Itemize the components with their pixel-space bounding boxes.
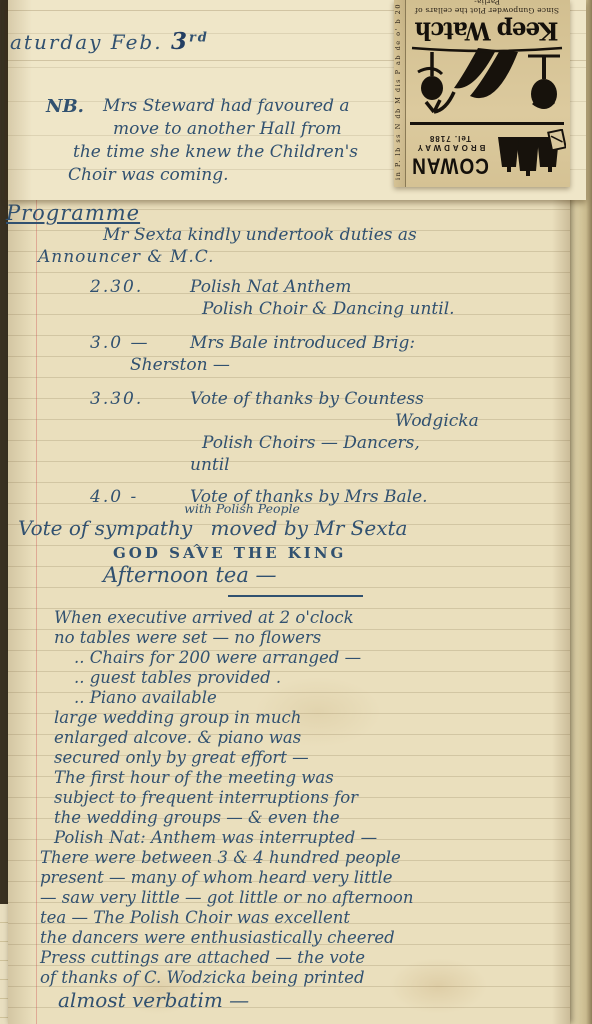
schedule-time: 4.0 - [90, 486, 190, 508]
clipping-advert: COWAN BROADWAY Tel. 7188 [408, 126, 566, 184]
schedule-text: Sherston — [130, 354, 550, 376]
schedule-text: Polish Choirs — Dancers, [202, 432, 550, 454]
schedule-time: 2.30. [90, 276, 190, 320]
adjacent-column-fragment: in P. lb ss N db M dis P ab de o' b 20 [394, 0, 406, 187]
notes-line: Press cuttings are attached — the vote [40, 948, 550, 968]
notes-line: the dancers were enthusiastically cheere… [40, 928, 550, 948]
date-ordinal: rd [189, 30, 209, 45]
programme-intro-line: Announcer & M.C. [38, 246, 550, 268]
notes-line: There were between 3 & 4 hundred people [40, 848, 550, 868]
schedule-text: Wodgicka [395, 410, 550, 432]
notes-line: .. Piano available [74, 688, 550, 708]
date-day: 3 [171, 28, 189, 55]
notes-line: of thanks of C. Wodzicka being printed [40, 968, 550, 988]
schedule-entry-300: 3.0 — Mrs Bale introduced Brig: Sherston… [18, 332, 550, 376]
schedule-entry-230: 2.30. Polish Nat Anthem Polish Choir & D… [18, 276, 550, 320]
nb-label: NB. [46, 96, 84, 117]
clipping-headline: Keep Watch [408, 16, 566, 44]
nb-line: the time she knew the Children's [73, 141, 358, 164]
notes-line: Polish Nat: Anthem was interrupted — [54, 828, 550, 848]
cartoon-illustration [408, 44, 566, 122]
notes-line: enlarged alcove. & piano was [54, 728, 550, 748]
newspaper-clipping: COWAN BROADWAY Tel. 7188 Keep Watch Sinc… [394, 0, 570, 187]
notes-line: secured only by great effort — [54, 748, 550, 768]
notes-line: almost verbatim — [58, 988, 550, 1012]
notes-line: .. Chairs for 200 were arranged — [74, 648, 550, 668]
clipping-caption: Since Gunpowder Plot the cellars of Parl… [408, 0, 566, 15]
schedule-text: until [190, 454, 550, 476]
notes-line: present — many of whom heard very little [40, 868, 550, 888]
advert-text: COWAN BROADWAY Tel. 7188 [408, 135, 492, 176]
schedule-time: 3.30. [90, 388, 190, 476]
caret-mark: ^ [192, 537, 201, 561]
nb-line: Choir was coming. [68, 164, 358, 187]
notes-line: — saw very little — got little or no aft… [40, 888, 550, 908]
advertiser-phone: Tel. 7188 [408, 135, 492, 144]
schedule-entry-330: 3.30. Vote of thanks by Countess Wodgick… [18, 388, 550, 476]
scanned-journal-page: Programme Mr Sexta kindly undertook duti… [0, 0, 592, 1024]
anthem-line: GOD SAVE THE KING [113, 542, 550, 564]
schedule-text: Vote of thanks by Countess [190, 388, 550, 410]
programme-section: Programme Mr Sexta kindly undertook duti… [18, 202, 550, 1012]
schedule-text: Mrs Bale introduced Brig: [190, 332, 550, 354]
nb-line: Mrs Steward had favoured a [103, 95, 358, 118]
afternoon-tea-line: Afternoon tea — [103, 564, 550, 586]
notes-line: subject to frequent interruptions for [54, 788, 550, 808]
section-divider [228, 595, 363, 597]
advertiser-name: COWAN [408, 152, 492, 177]
notes-line: The first hour of the meeting was [54, 768, 550, 788]
notes-line: the wedding groups — & even the [54, 808, 550, 828]
programme-heading: Programme [6, 202, 550, 224]
nb-line: move to another Hall from [113, 118, 358, 141]
date-prefix: aturday Feb. [10, 30, 163, 54]
nb-note: Mrs Steward had favoured a move to anoth… [103, 95, 358, 187]
schedule-text: Polish Choir & Dancing until. [202, 298, 550, 320]
notes-line: When executive arrived at 2 o'clock [54, 608, 550, 628]
notes-line: large wedding group in much [54, 708, 550, 728]
clipping-rule [410, 122, 564, 125]
schedule-text: Polish Nat Anthem [190, 276, 550, 298]
notes-line: tea — The Polish Choir was excellent [40, 908, 550, 928]
notes-line: no tables were set — no flowers [54, 628, 550, 648]
sympathy-pre: Vote of sympathy [18, 516, 192, 540]
date-line: aturday Feb. 3rd [10, 28, 209, 55]
notes-line: .. guest tables provided . [74, 668, 550, 688]
insert-text: with Polish People [184, 497, 300, 521]
coal-sacks-illustration [492, 129, 566, 181]
programme-intro-line: Mr Sexta kindly undertook duties as [103, 224, 550, 246]
vote-of-sympathy-line: Vote of sympathywith Polish People^ move… [18, 516, 550, 540]
